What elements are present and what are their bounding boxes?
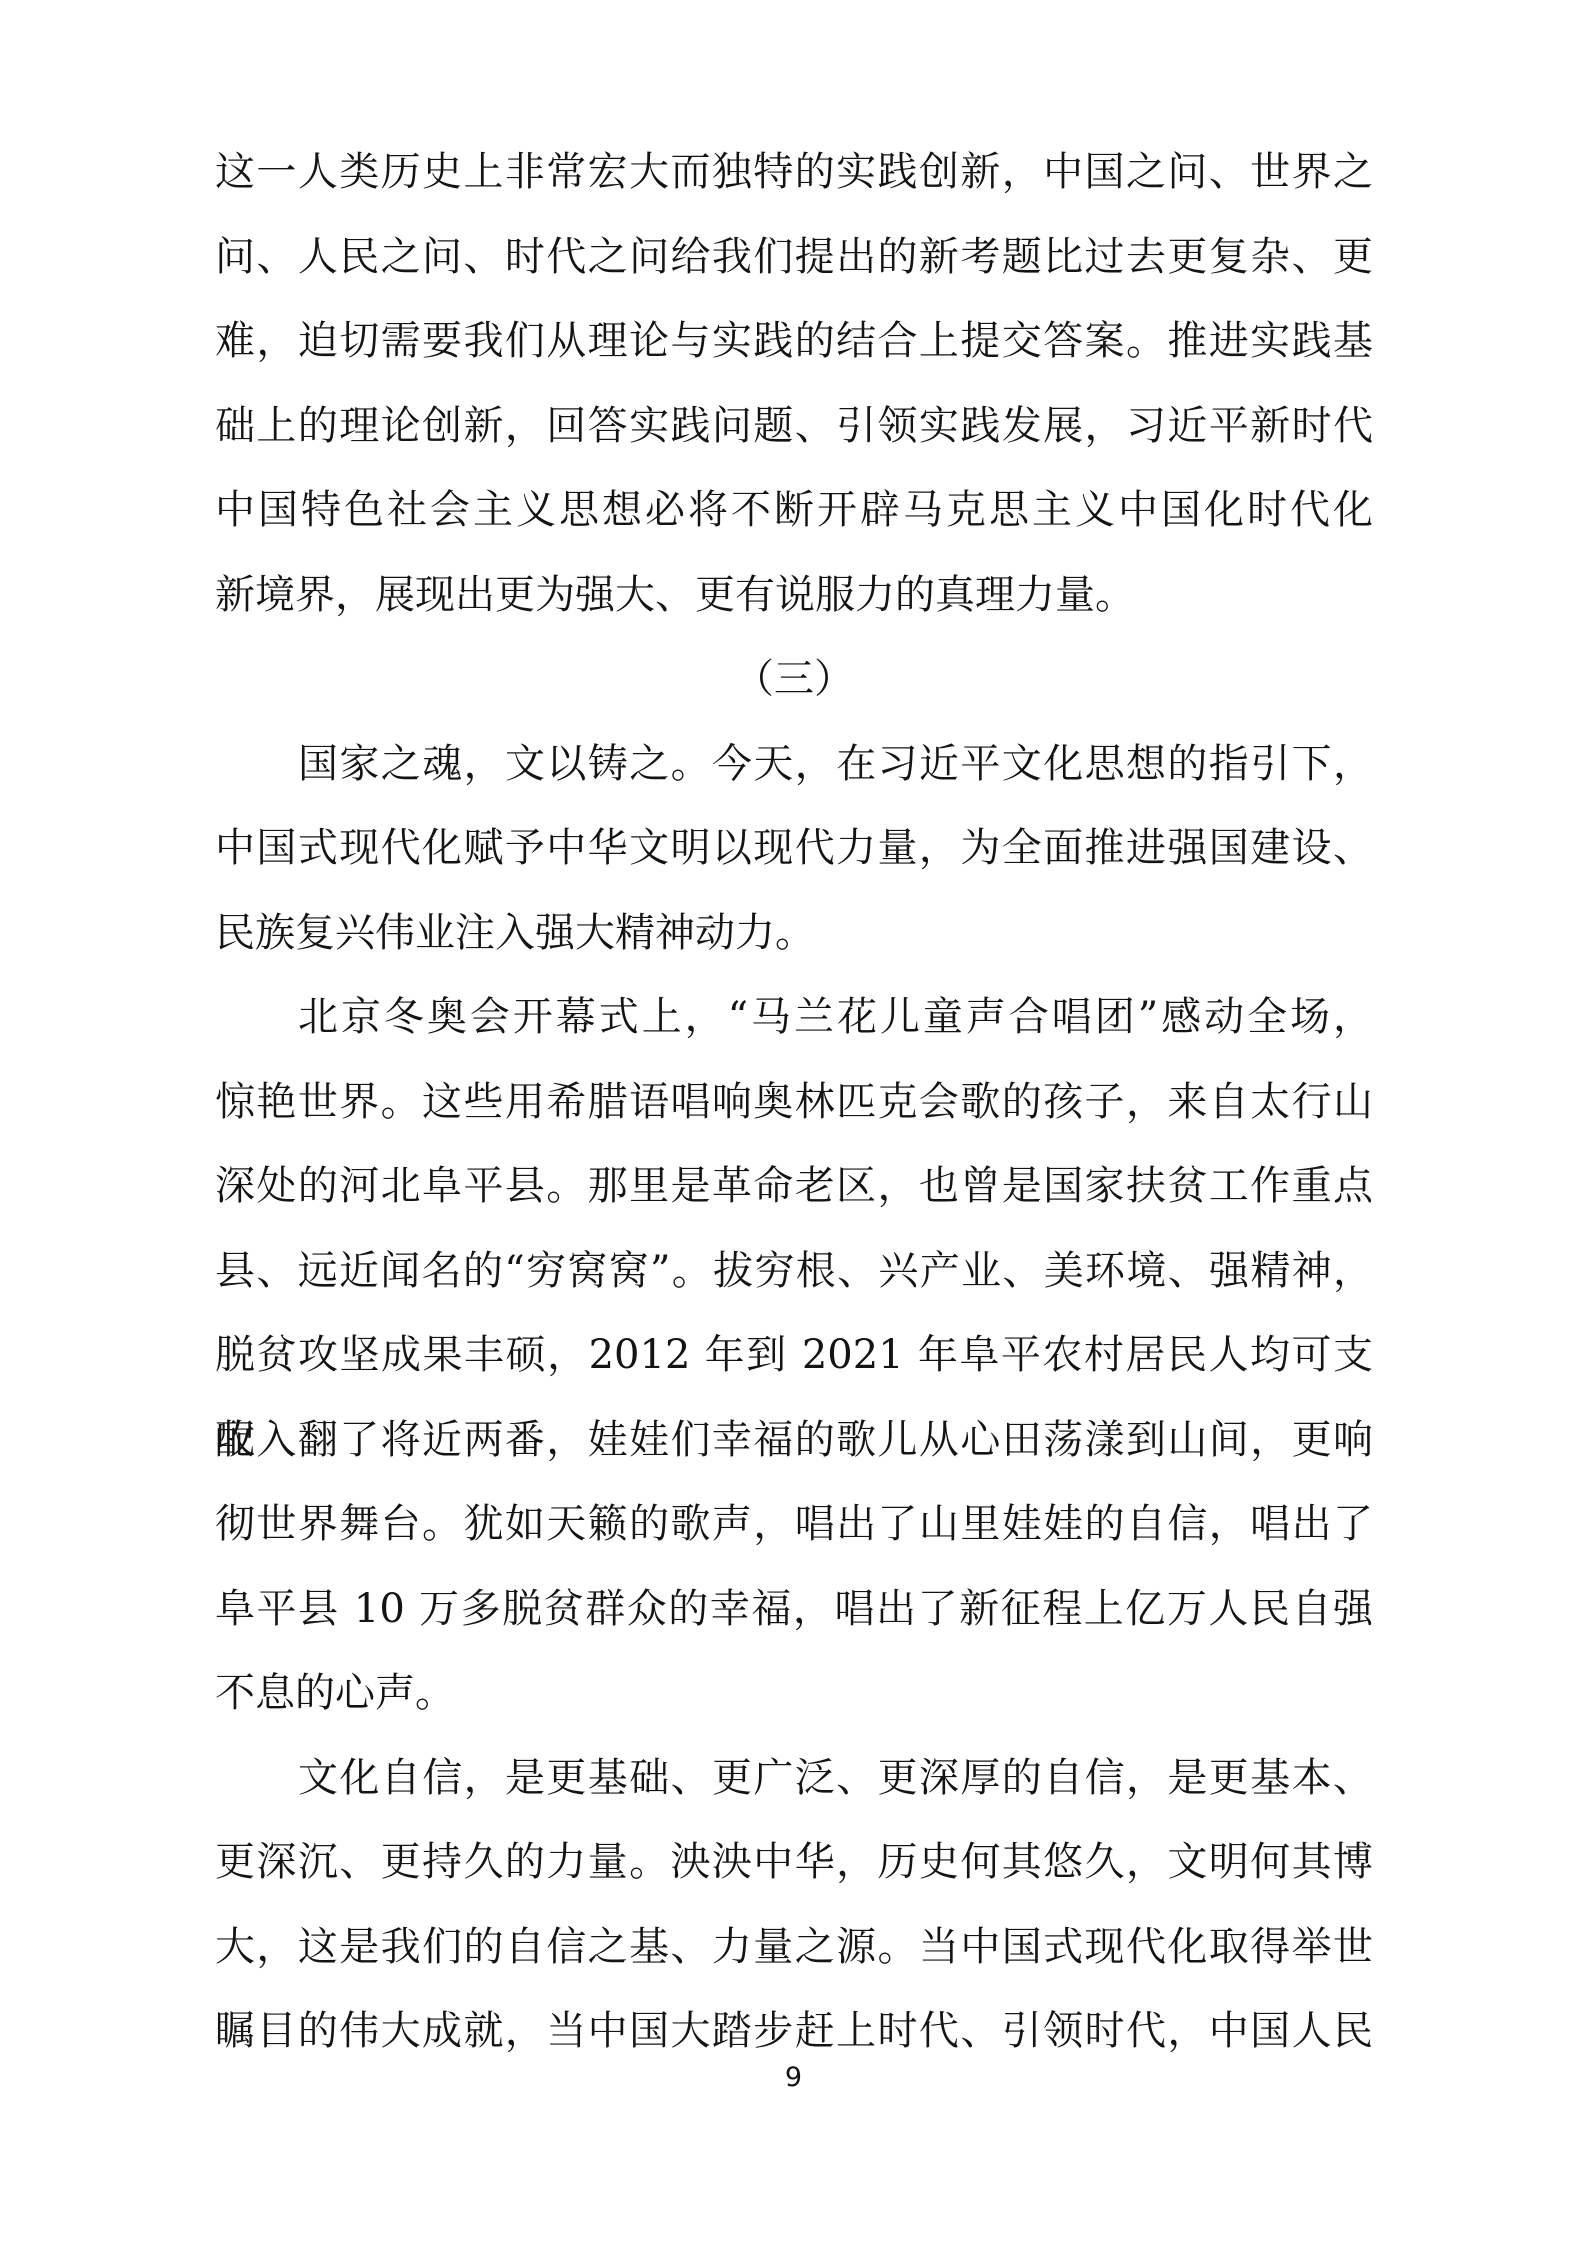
text-line: 更深沉、更持久的力量。泱泱中华，历史何其悠久，文明何其博	[215, 1820, 1373, 1905]
section-heading: （三）	[215, 637, 1373, 722]
text-line: 彻世界舞台。犹如天籁的歌声，唱出了山里娃娃的自信，唱出了	[215, 1482, 1373, 1567]
text-line: 新境界，展现出更为强大、更有说服力的真理力量。	[215, 553, 1373, 638]
text-line: 北京冬奥会开幕式上，“马兰花儿童声合唱团”感动全场，	[215, 975, 1373, 1060]
text-line: 深处的河北阜平县。那里是革命老区，也曾是国家扶贫工作重点	[215, 1144, 1373, 1229]
text-line: 础上的理论创新，回答实践问题、引领实践发展，习近平新时代	[215, 384, 1373, 469]
text-line: 大，这是我们的自信之基、力量之源。当中国式现代化取得举世	[215, 1905, 1373, 1990]
text-line: 中国式现代化赋予中华文明以现代力量，为全面推进强国建设、	[215, 806, 1373, 891]
text-line: 这一人类历史上非常宏大而独特的实践创新，中国之问、世界之	[215, 130, 1373, 215]
page-number: 9	[0, 2058, 1587, 2098]
text-line: 民族复兴伟业注入强大精神动力。	[215, 891, 1373, 976]
text-line: 惊艳世界。这些用希腊语唱响奥林匹克会歌的孩子，来自太行山	[215, 1060, 1373, 1145]
document-page: 这一人类历史上非常宏大而独特的实践创新，中国之问、世界之问、人民之问、时代之问给…	[0, 0, 1587, 2245]
document-body: 这一人类历史上非常宏大而独特的实践创新，中国之问、世界之问、人民之问、时代之问给…	[215, 130, 1373, 2074]
text-line: 阜平县 10 万多脱贫群众的幸福，唱出了新征程上亿万人民自强	[215, 1567, 1373, 1652]
text-line: 不息的心声。	[215, 1651, 1373, 1736]
text-line: 问、人民之问、时代之问给我们提出的新考题比过去更复杂、更	[215, 215, 1373, 300]
text-line: 文化自信，是更基础、更广泛、更深厚的自信，是更基本、	[215, 1736, 1373, 1821]
text-line: 县、远近闻名的“穷窝窝”。拔穷根、兴产业、美环境、强精神，	[215, 1229, 1373, 1314]
text-line: 收入翻了将近两番，娃娃们幸福的歌儿从心田荡漾到山间，更响	[215, 1398, 1373, 1483]
text-line: 国家之魂，文以铸之。今天，在习近平文化思想的指引下，	[215, 722, 1373, 807]
text-line: 脱贫攻坚成果丰硕，2012 年到 2021 年阜平农村居民人均可支配	[215, 1313, 1373, 1398]
text-line: 难，迫切需要我们从理论与实践的结合上提交答案。推进实践基	[215, 299, 1373, 384]
text-line: 中国特色社会主义思想必将不断开辟马克思主义中国化时代化	[215, 468, 1373, 553]
